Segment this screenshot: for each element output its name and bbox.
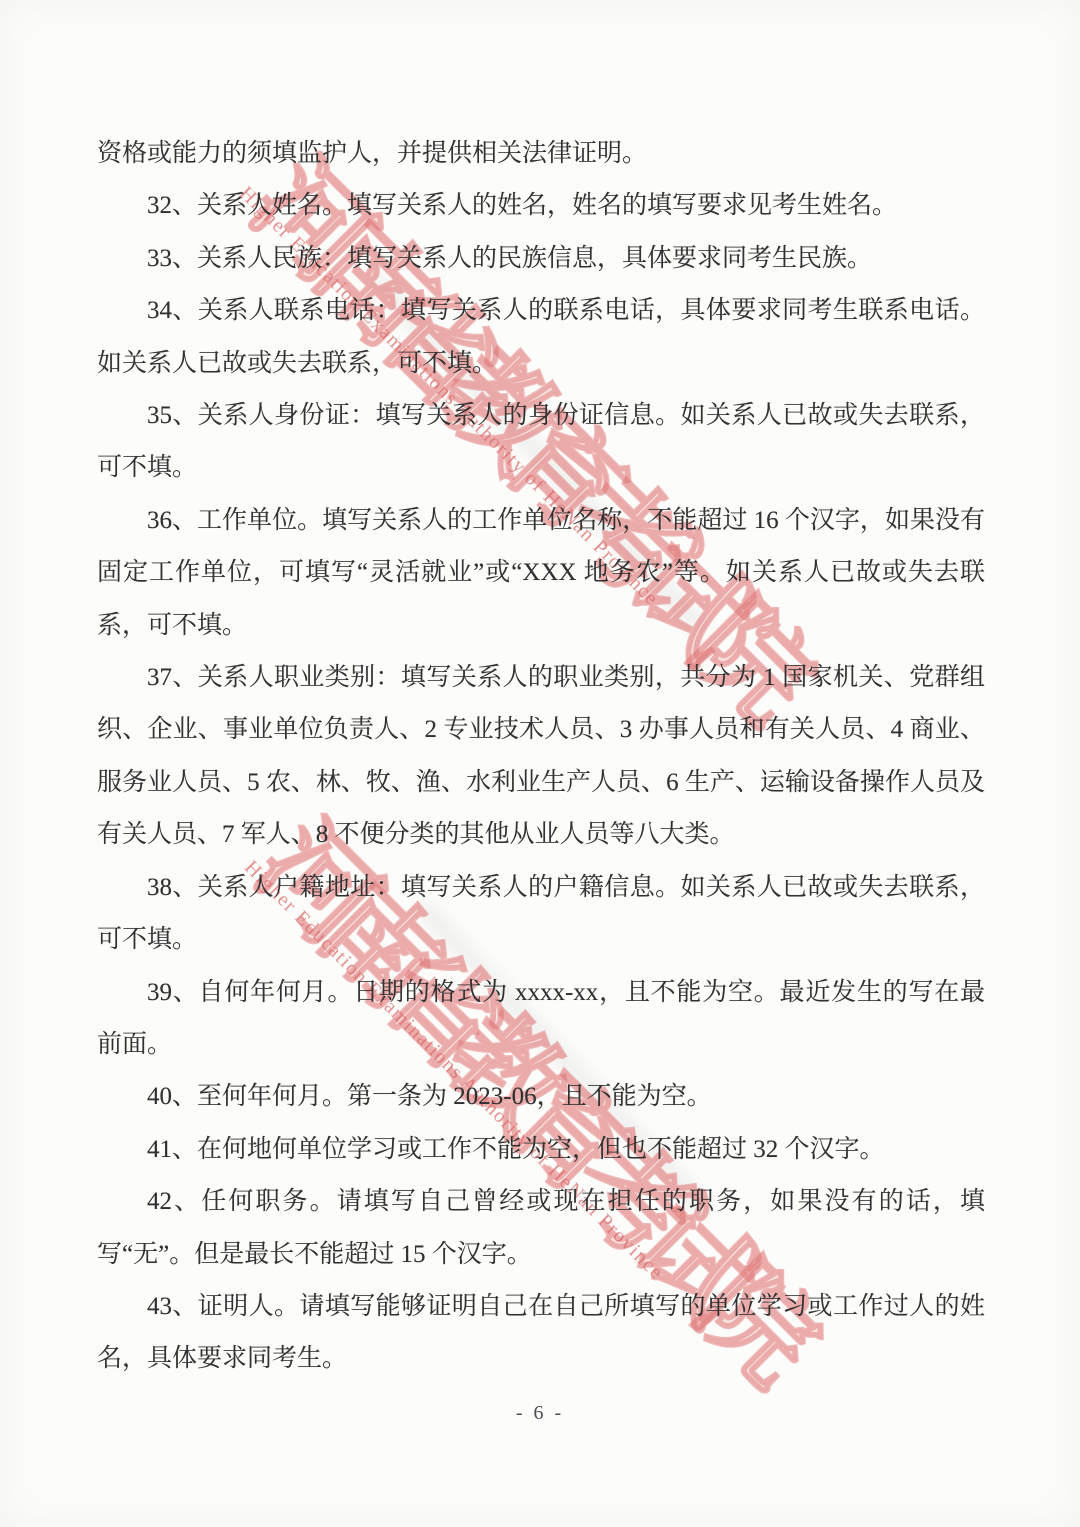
paragraph: 资格或能力的须填监护人，并提供相关法律证明。 xyxy=(97,128,985,180)
paragraph: 33、关系人民族：填写关系人的民族信息，具体要求同考生民族。 xyxy=(97,233,985,285)
paragraph: 42、任何职务。请填写自己曾经或现在担任的职务，如果没有的话，填写“无”。但是最… xyxy=(97,1176,985,1281)
paragraph: 43、证明人。请填写能够证明自己在自己所填写的单位学习或工作过人的姓名，具体要求… xyxy=(97,1281,985,1386)
document-body: 资格或能力的须填监护人，并提供相关法律证明。32、关系人姓名。填写关系人的姓名，… xyxy=(97,128,985,1386)
paragraph: 37、关系人职业类别：填写关系人的职业类别，共分为 1 国家机关、党群组织、企业… xyxy=(97,652,985,862)
paragraph: 40、至何年何月。第一条为 2023-06，且不能为空。 xyxy=(97,1071,985,1123)
paragraph: 35、关系人身份证：填写关系人的身份证信息。如关系人已故或失去联系，可不填。 xyxy=(97,390,985,495)
paragraph: 38、关系人户籍地址：填写关系人的户籍信息。如关系人已故或失去联系，可不填。 xyxy=(97,862,985,967)
paragraph: 41、在何地何单位学习或工作不能为空，但也不能超过 32 个汉字。 xyxy=(97,1124,985,1176)
paragraph: 34、关系人联系电话：填写关系人的联系电话，具体要求同考生联系电话。如关系人已故… xyxy=(97,285,985,390)
document-page: 河南省教育考试院 Higher Education Examinations A… xyxy=(0,0,1080,1527)
page-number: - 6 - xyxy=(0,1402,1080,1425)
paragraph: 39、自何年何月。日期的格式为 xxxx-xx，且不能为空。最近发生的写在最前面… xyxy=(97,967,985,1072)
paragraph: 32、关系人姓名。填写关系人的姓名，姓名的填写要求见考生姓名。 xyxy=(97,180,985,232)
paragraph: 36、工作单位。填写关系人的工作单位名称，不能超过 16 个汉字，如果没有固定工… xyxy=(97,495,985,652)
